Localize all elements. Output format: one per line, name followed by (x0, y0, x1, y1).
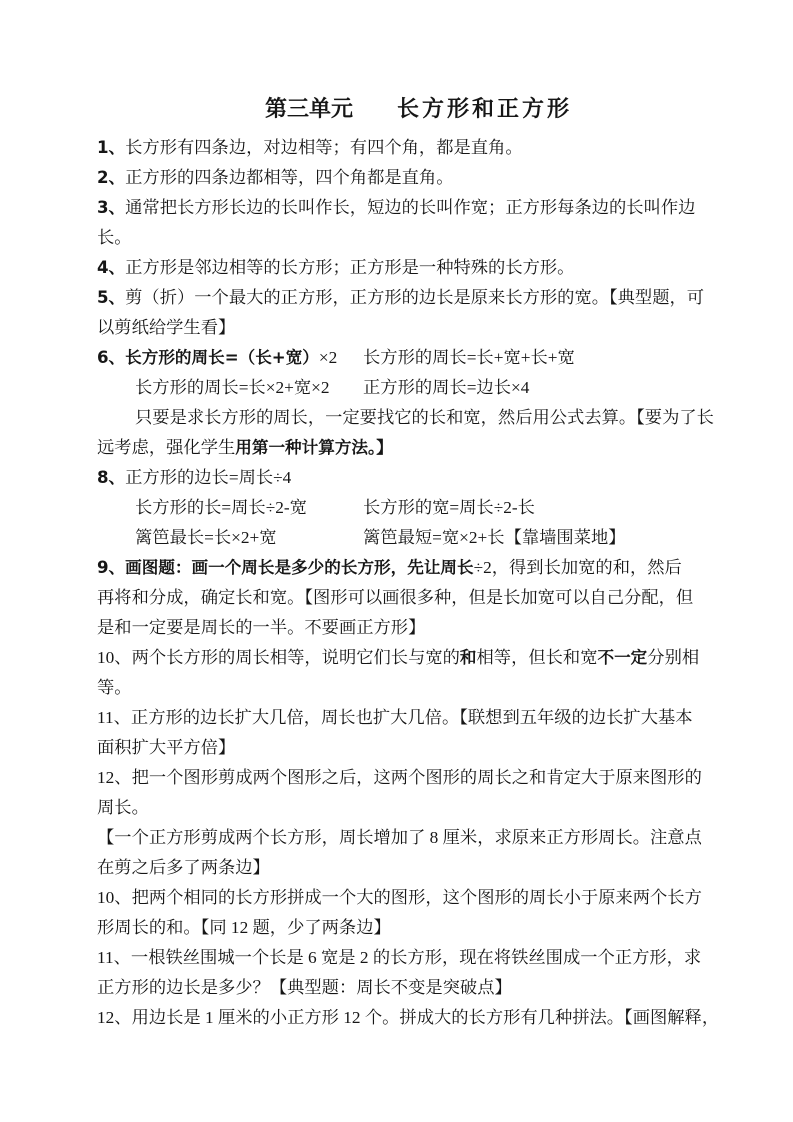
text-run: 是和一定要是周长的一半。不要画正方形】 (97, 618, 425, 637)
text-run: 再将和分成，确定长和宽。【图形可以画很多种，但是长加宽可以自己分配，但 (97, 588, 693, 607)
text-run: 长方形的宽=周长÷2-长 (363, 498, 535, 517)
bold-text-run: 用第一种计算方法。】 (235, 438, 393, 457)
text-line: 12、用边长是 1 厘米的小正方形 12 个。拼成大的长方形有几种拼法。【画图解… (97, 1003, 703, 1033)
text-line: 面积扩大平方倍】 (97, 733, 703, 763)
text-line: 12、把一个图形剪成两个图形之后，这两个图形的周长之和肯定大于原来图形的 (97, 763, 703, 793)
text-line: 8、正方形的边长=周长÷4 (97, 463, 703, 493)
text-line: 10、把两个相同的长方形拼成一个大的图形，这个图形的周长小于原来两个长方 (97, 883, 703, 913)
text-run: 长方形的周长=长+宽+长+宽 (363, 348, 575, 367)
formula-line: 6、长方形的周长=（长+宽）×2长方形的周长=长+宽+长+宽 (97, 343, 703, 373)
text-line: 2、正方形的四条边都相等，四个角都是直角。 (97, 163, 703, 193)
formula-right: 篱笆最短=宽×2+长【靠墙围菜地】 (363, 523, 626, 553)
text-run: ×2 (319, 348, 337, 367)
text-line: 再将和分成，确定长和宽。【图形可以画很多种，但是长加宽可以自己分配，但 (97, 583, 703, 613)
text-run: ÷2，得到长加宽的和，然后 (474, 558, 682, 577)
formula-right: 正方形的周长=边长×4 (363, 373, 529, 403)
text-run: 正方形的四条边都相等，四个角都是直角。 (125, 168, 453, 187)
text-run: 等。 (97, 678, 132, 697)
bold-text-run: 和 (460, 648, 477, 667)
text-run: 通常把长方形长边的长叫作长，短边的长叫作宽；正方形每条边的长叫作边 (125, 198, 695, 217)
page-title: 第三单元长方形和正方形 (97, 95, 703, 125)
formula-right: 长方形的宽=周长÷2-长 (363, 493, 535, 523)
formula-left: 6、长方形的周长=（长+宽）×2 (97, 343, 363, 373)
text-line: 只要是求长方形的周长，一定要找它的长和宽，然后用公式去算。【要为了长 (97, 403, 703, 433)
text-run: 12、把一个图形剪成两个图形之后，这两个图形的周长之和肯定大于原来图形的 (97, 768, 702, 787)
text-run: 篱笆最短=宽×2+长【靠墙围菜地】 (363, 528, 626, 547)
text-run: 10、两个长方形的周长相等，说明它们长与宽的 (97, 648, 460, 667)
text-run: 周长。 (97, 798, 149, 817)
bold-text-run: 6、长方形的周长=（长+宽） (97, 348, 319, 367)
text-run: 面积扩大平方倍】 (97, 738, 235, 757)
formula-left: 长方形的长=周长÷2-宽 (135, 493, 363, 523)
text-line: 4、正方形是邻边相等的长方形；正方形是一种特殊的长方形。 (97, 253, 703, 283)
formula-right: 长方形的周长=长+宽+长+宽 (363, 343, 575, 373)
formula-line: 长方形的周长=长×2+宽×2正方形的周长=边长×4 (97, 373, 703, 403)
text-run: 正方形的边长=周长÷4 (125, 468, 291, 487)
text-line: 1、长方形有四条边，对边相等；有四个角，都是直角。 (97, 133, 703, 163)
text-run: 长。 (97, 228, 132, 247)
document-page: 第三单元长方形和正方形 1、长方形有四条边，对边相等；有四个角，都是直角。2、正… (0, 0, 793, 1122)
text-line: 形周长的和。【同 12 题，少了两条边】 (97, 913, 703, 943)
text-line: 9、画图题：画一个周长是多少的长方形，先让周长÷2，得到长加宽的和，然后 (97, 553, 703, 583)
text-run: 12、用边长是 1 厘米的小正方形 12 个。拼成大的长方形有几种拼法。【画图解… (97, 1008, 719, 1027)
text-run: 形周长的和。【同 12 题，少了两条边】 (97, 918, 391, 937)
text-run: 剪（折）一个最大的正方形，正方形的边长是原来长方形的宽。【典型题，可 (125, 288, 704, 307)
text-run: 在剪之后多了两条边】 (97, 858, 270, 877)
text-line: 10、两个长方形的周长相等，说明它们长与宽的和相等，但长和宽不一定分别相 (97, 643, 703, 673)
bold-text-run: 5、 (97, 288, 125, 307)
text-line: 是和一定要是周长的一半。不要画正方形】 (97, 613, 703, 643)
bold-text-run: 2、 (97, 168, 125, 187)
text-run: 相等，但长和宽 (477, 648, 598, 667)
bold-text-run: 4、 (97, 258, 125, 277)
text-line: 远考虑，强化学生用第一种计算方法。】 (97, 433, 703, 463)
text-run: 篱笆最长=长×2+宽 (135, 528, 277, 547)
text-line: 等。 (97, 673, 703, 703)
bold-text-run: 9、画图题：画一个周长是多少的长方形，先让周长 (97, 558, 474, 577)
formula-line: 长方形的长=周长÷2-宽长方形的宽=周长÷2-长 (97, 493, 703, 523)
formula-left: 篱笆最长=长×2+宽 (135, 523, 363, 553)
text-run: 长方形的长=周长÷2-宽 (135, 498, 307, 517)
text-run: 以剪纸给学生看】 (97, 318, 235, 337)
text-line: 长。 (97, 223, 703, 253)
text-line: 3、通常把长方形长边的长叫作长，短边的长叫作宽；正方形每条边的长叫作边 (97, 193, 703, 223)
formula-left: 长方形的周长=长×2+宽×2 (135, 373, 363, 403)
text-line: 11、一根铁丝围城一个长是 6 宽是 2 的长方形，现在将铁丝围成一个正方形，求 (97, 943, 703, 973)
text-line: 11、正方形的边长扩大几倍，周长也扩大几倍。【联想到五年级的边长扩大基本 (97, 703, 703, 733)
text-run: 10、把两个相同的长方形拼成一个大的图形，这个图形的周长小于原来两个长方 (97, 888, 702, 907)
bold-text-run: 8、 (97, 468, 125, 487)
text-run: 只要是求长方形的周长，一定要找它的长和宽，然后用公式去算。【要为了长 (135, 408, 714, 427)
text-line: 【一个正方形剪成两个长方形，周长增加了 8 厘米，求原来正方形周长。注意点 (97, 823, 703, 853)
text-line: 正方形的边长是多少？【典型题：周长不变是突破点】 (97, 973, 703, 1003)
text-run: 【一个正方形剪成两个长方形，周长增加了 8 厘米，求原来正方形周长。注意点 (97, 828, 702, 847)
bold-text-run: 1、 (97, 138, 125, 157)
formula-line: 篱笆最长=长×2+宽篱笆最短=宽×2+长【靠墙围菜地】 (97, 523, 703, 553)
bold-text-run: 不一定 (598, 648, 648, 667)
text-line: 在剪之后多了两条边】 (97, 853, 703, 883)
text-line: 5、剪（折）一个最大的正方形，正方形的边长是原来长方形的宽。【典型题，可 (97, 283, 703, 313)
text-run: 正方形的边长是多少？【典型题：周长不变是突破点】 (97, 978, 512, 997)
text-run: 11、正方形的边长扩大几倍，周长也扩大几倍。【联想到五年级的边长扩大基本 (97, 708, 693, 727)
text-run: 远考虑，强化学生 (97, 438, 235, 457)
bold-text-run: 3、 (97, 198, 125, 217)
unit-label: 第三单元 (265, 97, 353, 122)
text-run: 分别相 (647, 648, 699, 667)
text-run: 正方形的周长=边长×4 (363, 378, 529, 397)
text-run: 正方形是邻边相等的长方形；正方形是一种特殊的长方形。 (125, 258, 574, 277)
text-run: 长方形有四条边，对边相等；有四个角，都是直角。 (125, 138, 522, 157)
subject-label: 长方形和正方形 (397, 97, 572, 122)
text-line: 周长。 (97, 793, 703, 823)
text-run: 长方形的周长=长×2+宽×2 (135, 378, 330, 397)
text-line: 以剪纸给学生看】 (97, 313, 703, 343)
document-body: 1、长方形有四条边，对边相等；有四个角，都是直角。2、正方形的四条边都相等，四个… (97, 133, 703, 1033)
text-run: 11、一根铁丝围城一个长是 6 宽是 2 的长方形，现在将铁丝围成一个正方形，求 (97, 948, 701, 967)
